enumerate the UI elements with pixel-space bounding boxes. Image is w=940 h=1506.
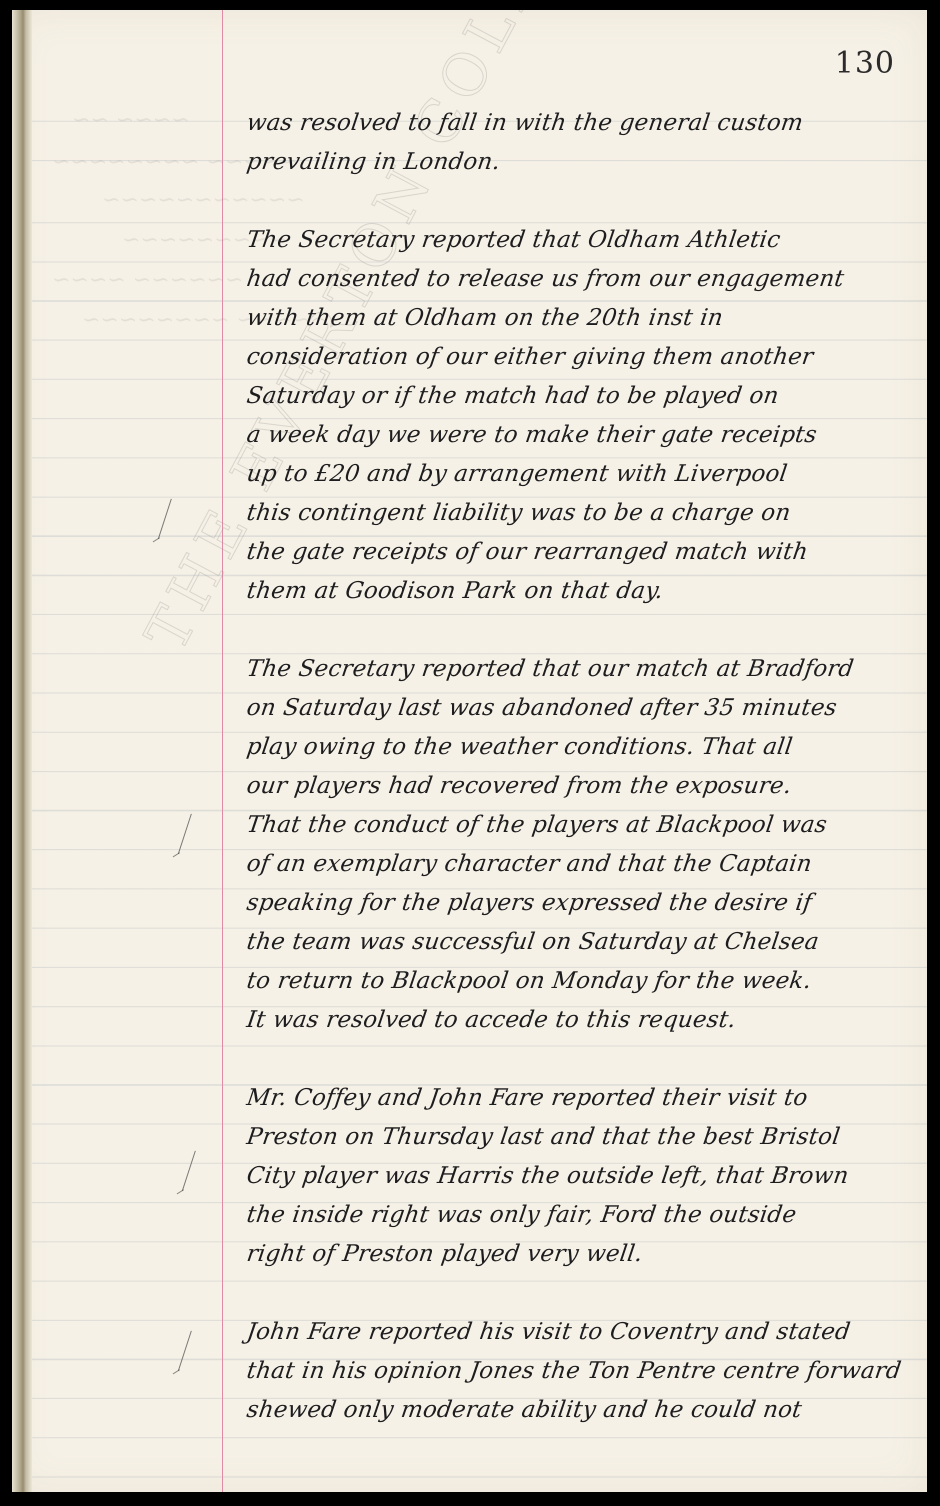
paragraph-custom: was resolved to fall in with the general… <box>244 104 924 182</box>
text-line: the gate receipts of our rearranged matc… <box>244 533 927 572</box>
text-line: this contingent liability was to be a ch… <box>244 494 927 533</box>
text-line: up to £20 and by arrangement with Liverp… <box>244 455 927 494</box>
text-line: speaking for the players expressed the d… <box>244 884 927 923</box>
paragraph-coventry-visit: John Fare reported his visit to Coventry… <box>244 1313 924 1430</box>
bleed-through-text: ~~~~ ~~ <box>72 108 190 133</box>
text-line: our players had recovered from the expos… <box>244 767 927 806</box>
paragraph-preston-visit: Mr. Coffey and John Fare reported their … <box>244 1079 924 1274</box>
minutes-text: was resolved to fall in with the general… <box>244 104 924 1430</box>
text-line: play owing to the weather conditions. Th… <box>244 728 927 767</box>
text-line: the inside right was only fair, Ford the… <box>244 1196 927 1235</box>
text-line: The Secretary reported that our match at… <box>244 650 927 689</box>
text-line: That the conduct of the players at Black… <box>244 806 927 845</box>
text-line: was resolved to fall in with the general… <box>244 104 927 143</box>
text-line: the team was successful on Saturday at C… <box>244 923 927 962</box>
text-line: a week day we were to make their gate re… <box>244 416 927 455</box>
text-line: Saturday or if the match had to be playe… <box>244 377 927 416</box>
text-line: prevailing in London. <box>244 143 927 182</box>
text-line: had consented to release us from our eng… <box>244 260 927 299</box>
text-line: Mr. Coffey and John Fare reported their … <box>244 1079 927 1118</box>
paragraph-bradford-match: The Secretary reported that our match at… <box>244 650 924 1040</box>
text-line: It was resolved to accede to this reques… <box>244 1001 927 1040</box>
bleed-through-text: ~~~~~~ ~~~~ <box>52 268 243 293</box>
text-line: them at Goodison Park on that day. <box>244 572 927 611</box>
text-line: John Fare reported his visit to Coventry… <box>244 1313 927 1352</box>
text-line: of an exemplary character and that the C… <box>244 845 927 884</box>
text-line: right of Preston played very well. <box>244 1235 927 1274</box>
page-number: 130 <box>835 46 895 81</box>
text-line: with them at Oldham on the 20th inst in <box>244 299 927 338</box>
ledger-page: ~~~~ ~~ ~~~~~ ~~~~~~~~ ~~~~~~~~~~~ ~~~~~… <box>12 10 927 1492</box>
text-line: shewed only moderate ability and he coul… <box>244 1391 927 1430</box>
text-line: The Secretary reported that Oldham Athle… <box>244 221 927 260</box>
page-binding-edge <box>12 10 32 1492</box>
text-line: to return to Blackpool on Monday for the… <box>244 962 927 1001</box>
text-line: consideration of our either giving them … <box>244 338 927 377</box>
text-line: on Saturday last was abandoned after 35 … <box>244 689 927 728</box>
text-line: City player was Harris the outside left,… <box>244 1157 927 1196</box>
text-line: Preston on Thursday last and that the be… <box>244 1118 927 1157</box>
text-line: that in his opinion Jones the Ton Pentre… <box>244 1352 927 1391</box>
paragraph-oldham-athletic: The Secretary reported that Oldham Athle… <box>244 221 924 611</box>
